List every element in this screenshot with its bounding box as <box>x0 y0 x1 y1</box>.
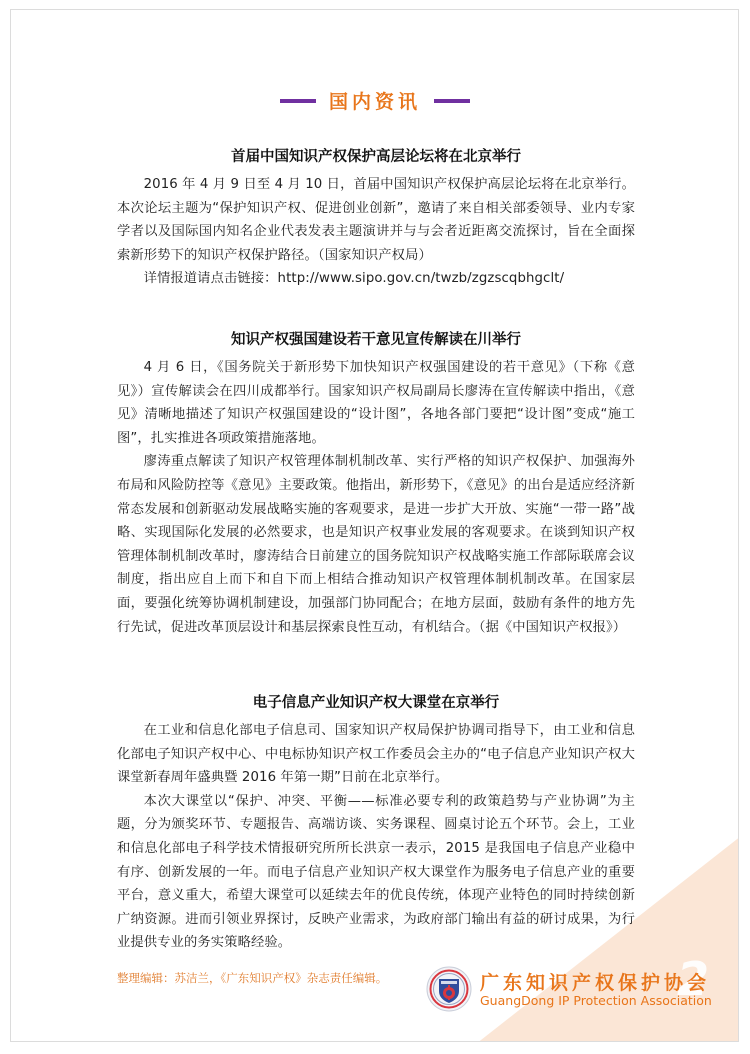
article-title: 知识产权强国建设若干意见宣传解读在川举行 <box>117 328 635 352</box>
article-title: 电子信息产业知识产权大课堂在京举行 <box>117 691 635 715</box>
article-paragraph: 廖涛重点解读了知识产权管理体制机制改革、实行严格的知识产权保护、加强海外布局和风… <box>117 450 635 639</box>
editor-credit: 整理编辑：苏洁兰，《广东知识产权》杂志责任编辑。 <box>117 970 387 986</box>
article-paragraph: 在工业和信息化部电子信息司、国家知识产权局保护协调司指导下，由工业和信息化部电子… <box>117 719 635 790</box>
header-bar-right <box>434 99 470 103</box>
article-2: 知识产权强国建设若干意见宣传解读在川举行 4 月 6 日，《国务院关于新形势下加… <box>117 328 635 639</box>
article-title: 首届中国知识产权保护高层论坛将在北京举行 <box>117 145 635 169</box>
article-paragraph: 2016 年 4 月 9 日至 4 月 10 日，首届中国知识产权保护高层论坛将… <box>117 173 635 267</box>
header-bar-left <box>280 99 316 103</box>
article-paragraph: 4 月 6 日，《国务院关于新形势下加快知识产权强国建设的若干意见》（下称《意见… <box>117 356 635 450</box>
article-link-paragraph[interactable]: 详情报道请点击链接：http://www.sipo.gov.cn/twzb/zg… <box>117 267 635 291</box>
association-name-en: GuangDong IP Protection Association <box>480 993 712 1008</box>
association-name-cn: 广东知识产权保护协会 <box>480 968 710 995</box>
association-emblem-icon <box>426 966 472 1012</box>
section-header: 国内资讯 <box>0 87 750 123</box>
article-3: 电子信息产业知识产权大课堂在京举行 在工业和信息化部电子信息司、国家知识产权局保… <box>117 691 635 955</box>
article-1: 首届中国知识产权保护高层论坛将在北京举行 2016 年 4 月 9 日至 4 月… <box>117 145 635 291</box>
section-title: 国内资讯 <box>329 87 421 114</box>
article-paragraph: 本次大课堂以“保护、冲突、平衡——标准必要专利的政策趋势与产业协调”为主题，分为… <box>117 790 635 955</box>
association-logo: 广东知识产权保护协会 GuangDong IP Protection Assoc… <box>426 965 726 1015</box>
